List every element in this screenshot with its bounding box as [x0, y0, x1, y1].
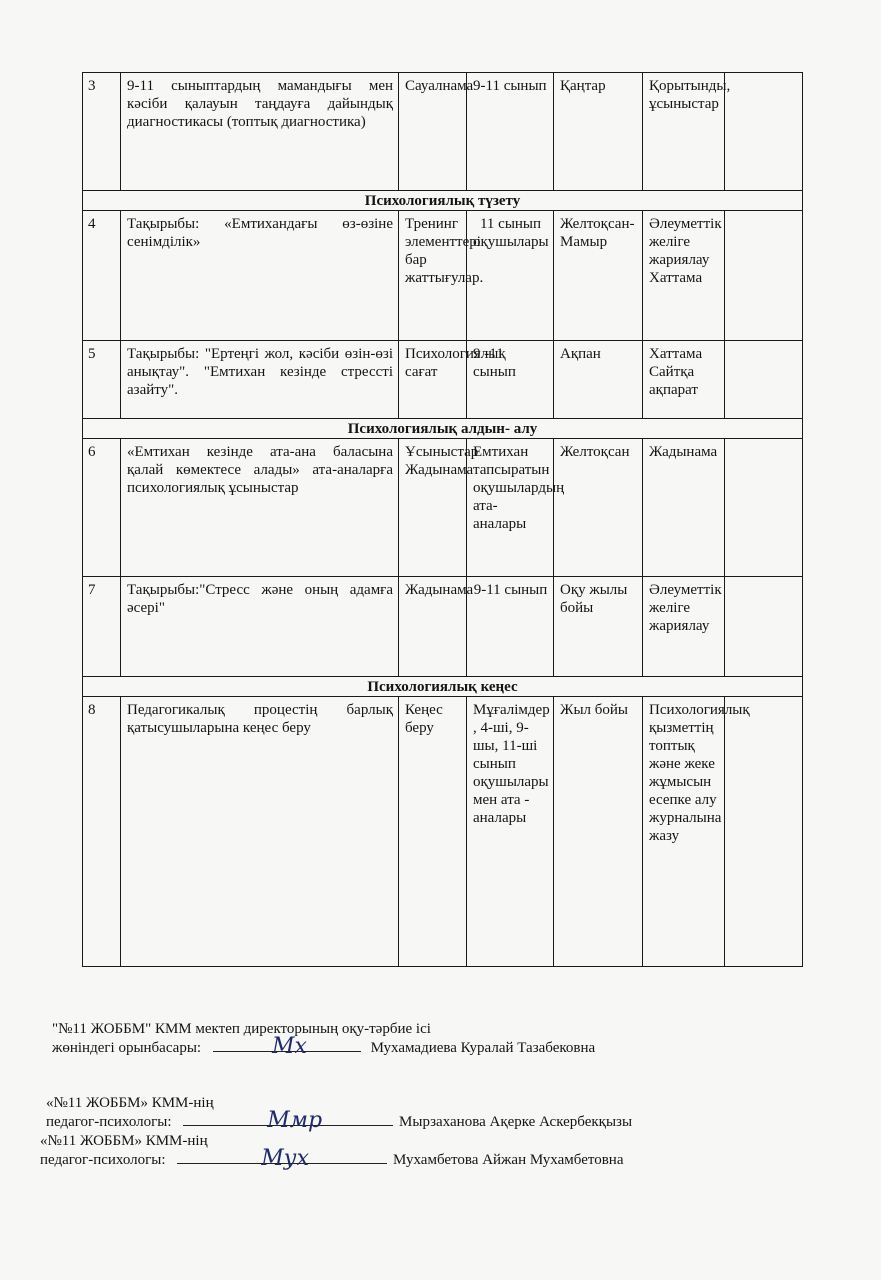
- topic-cell: 9-11 сыныптардың мамандығы мен кәсіби қа…: [121, 73, 399, 191]
- audience-cell: Емтихан тапсыратын оқушылардың ата-анала…: [467, 439, 554, 577]
- section-header-row: Психологиялық алдын- алу: [83, 419, 803, 439]
- result-cell: Жадынама: [643, 439, 725, 577]
- result-cell: Психологиялық қызметтің топтық және жеке…: [643, 697, 725, 967]
- signature-line: Мух: [177, 1163, 387, 1164]
- section-header-row: Психологиялық кеңес: [83, 677, 803, 697]
- topic-cell: Педагогикалық процестің барлық қатысушыл…: [121, 697, 399, 967]
- row-number: 8: [83, 697, 121, 967]
- signature-line: Мх: [213, 1051, 361, 1052]
- topic-cell: Тақырыбы:"Стресс және оның адамға әсері": [121, 577, 399, 677]
- period-cell: Желтоқсан-Мамыр: [554, 211, 643, 341]
- period-cell: Жыл бойы: [554, 697, 643, 967]
- section-header-row: Психологиялық түзету: [83, 191, 803, 211]
- section-title: Психологиялық алдын- алу: [83, 419, 803, 439]
- period-cell: Желтоқсан: [554, 439, 643, 577]
- form-cell: Жадынама: [399, 577, 467, 677]
- signature-name: Мырзаханова Ақерке Аскербекқызы: [399, 1114, 632, 1130]
- signature-name: Мухамадиева Куралай Тазабековна: [371, 1040, 596, 1056]
- period-cell: Қаңтар: [554, 73, 643, 191]
- form-cell: Психологиялық сағат: [399, 341, 467, 419]
- result-cell: Әлеуметтік желіге жариялау: [643, 577, 725, 677]
- handwritten-signature: Мух: [261, 1149, 309, 1168]
- audience-cell: 9 -11 сынып: [467, 341, 554, 419]
- handwritten-signature: Ммр: [267, 1111, 322, 1130]
- result-cell: Хаттама Сайтқа ақпарат: [643, 341, 725, 419]
- form-cell: Тренинг элементтері бар жаттығулар.: [399, 211, 467, 341]
- document-page: 39-11 сыныптардың мамандығы мен кәсіби қ…: [0, 0, 881, 1280]
- signature-org-line: «№11 ЖОББМ» КММ-нің: [40, 1132, 623, 1151]
- handwritten-signature: Мх: [272, 1037, 307, 1056]
- audience-cell: 9-11 сынып: [467, 73, 554, 191]
- topic-cell: Тақырыбы: "Ертеңгі жол, кәсіби өзін-өзі …: [121, 341, 399, 419]
- table-row: 39-11 сыныптардың мамандығы мен кәсіби қ…: [83, 73, 803, 191]
- table-row: 5Тақырыбы: "Ертеңгі жол, кәсіби өзін-өзі…: [83, 341, 803, 419]
- form-cell: Сауалнама: [399, 73, 467, 191]
- audience-cell: Мұғалімдер , 4-ші, 9-шы, 11-ші сынып оқу…: [467, 697, 554, 967]
- row-number: 7: [83, 577, 121, 677]
- signature-role: жөніндегі орынбасары:: [52, 1040, 201, 1056]
- result-cell: Әлеуметтік желіге жариялау Хаттама: [643, 211, 725, 341]
- audience-cell: 9-11 сынып: [467, 577, 554, 677]
- signature-psychologist-2: «№11 ЖОББМ» КММ-нің педагог-психологы: М…: [40, 1132, 623, 1170]
- row-number: 6: [83, 439, 121, 577]
- notes-cell: [725, 73, 803, 191]
- work-plan-table: 39-11 сыныптардың мамандығы мен кәсіби қ…: [82, 72, 803, 967]
- row-number: 4: [83, 211, 121, 341]
- period-cell: Оқу жылы бойы: [554, 577, 643, 677]
- topic-cell: Тақырыбы: «Емтихандағы өз-өзіне сенімділ…: [121, 211, 399, 341]
- table-row: 8Педагогикалық процестің барлық қатысушы…: [83, 697, 803, 967]
- signature-deputy-director: "№11 ЖОББМ" КММ мектеп директорының оқу-…: [52, 1020, 595, 1058]
- signature-line: Ммр: [183, 1125, 393, 1126]
- signature-name: Мухамбетова Айжан Мухамбетовна: [393, 1152, 623, 1168]
- form-cell: Кеңес беру: [399, 697, 467, 967]
- section-title: Психологиялық түзету: [83, 191, 803, 211]
- notes-cell: [725, 341, 803, 419]
- row-number: 3: [83, 73, 121, 191]
- signature-role: педагог-психологы:: [46, 1114, 172, 1130]
- topic-cell: «Емтихан кезінде ата-ана баласына қалай …: [121, 439, 399, 577]
- result-cell: Қорытынды, ұсыныстар: [643, 73, 725, 191]
- signature-psychologist-1: «№11 ЖОББМ» КММ-нің педагог-психологы: М…: [46, 1094, 632, 1132]
- table-row: 7Тақырыбы:"Стресс және оның адамға әсері…: [83, 577, 803, 677]
- signature-org-line: "№11 ЖОББМ" КММ мектеп директорының оқу-…: [52, 1020, 595, 1039]
- notes-cell: [725, 211, 803, 341]
- notes-cell: [725, 577, 803, 677]
- row-number: 5: [83, 341, 121, 419]
- period-cell: Ақпан: [554, 341, 643, 419]
- section-title: Психологиялық кеңес: [83, 677, 803, 697]
- signature-org-line: «№11 ЖОББМ» КММ-нің: [46, 1094, 632, 1113]
- table-row: 4Тақырыбы: «Емтихандағы өз-өзіне сенімді…: [83, 211, 803, 341]
- signature-role: педагог-психологы:: [40, 1152, 166, 1168]
- notes-cell: [725, 697, 803, 967]
- form-cell: Ұсыныстар Жадынама: [399, 439, 467, 577]
- table-row: 6«Емтихан кезінде ата-ана баласына қалай…: [83, 439, 803, 577]
- notes-cell: [725, 439, 803, 577]
